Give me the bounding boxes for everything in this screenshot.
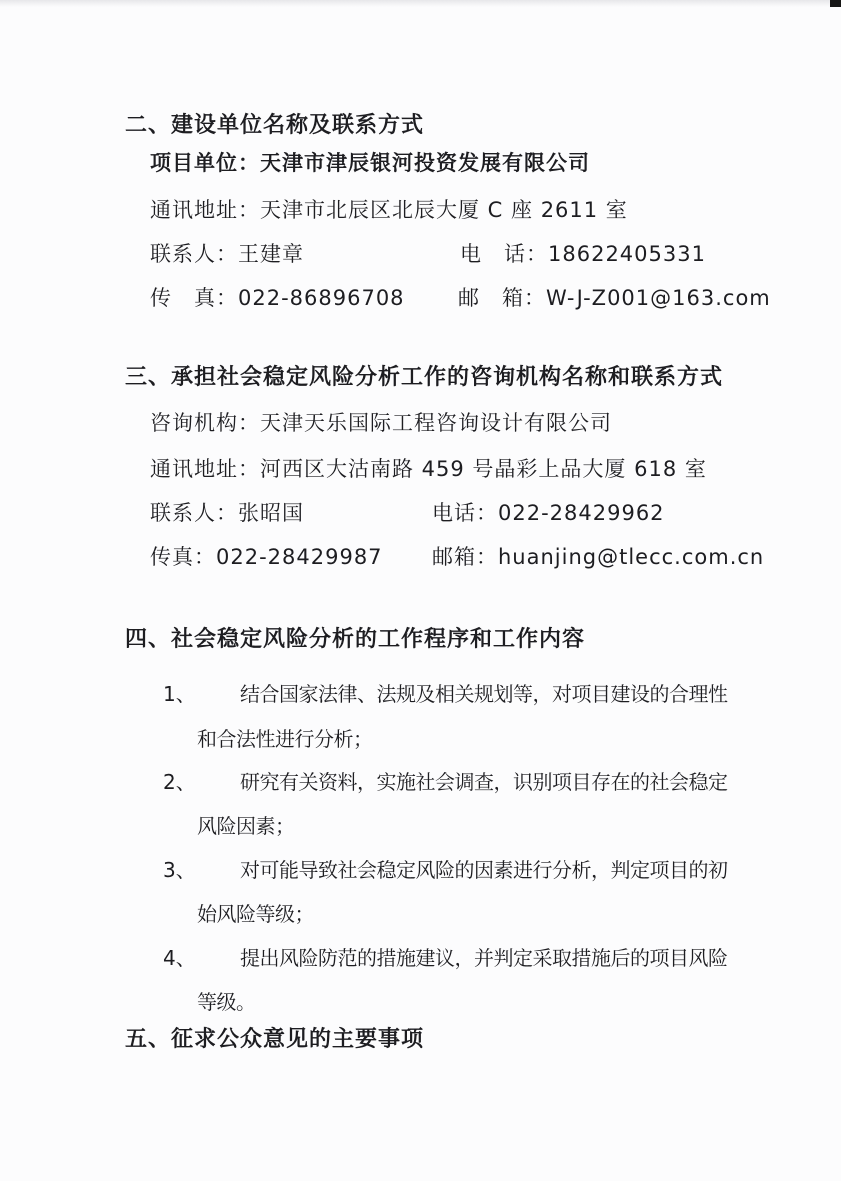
project-unit-label: 项目单位： xyxy=(150,151,260,175)
agency-contact-label: 联系人： xyxy=(150,501,238,525)
project-unit-row: 项目单位：天津市津辰银河投资发展有限公司 xyxy=(150,150,590,176)
agency-address-label: 通讯地址： xyxy=(150,457,260,481)
agency-phone-row: 电话：022-28429962 xyxy=(432,500,665,526)
builder-phone-label: 电 话： xyxy=(460,242,548,266)
builder-contact-value: 王建章 xyxy=(238,242,304,266)
builder-address-value: 天津市北辰区北辰大厦 C 座 2611 室 xyxy=(260,198,628,222)
builder-fax-value: 022-86896708 xyxy=(238,286,405,310)
agency-phone-label: 电话： xyxy=(432,501,498,525)
agency-email-value: huanjing@tlecc.com.cn xyxy=(498,545,764,569)
builder-fax-label: 传 真： xyxy=(150,286,238,310)
builder-contact-row: 联系人：王建章 xyxy=(150,241,304,267)
builder-email-value: W-J-Z001@163.com xyxy=(546,286,771,310)
agency-label: 咨询机构： xyxy=(150,411,260,435)
list-item-2-number: 2、 xyxy=(163,766,196,795)
section-5-heading: 五、征求公众意见的主要事项 xyxy=(125,1026,424,1054)
agency-fax-row: 传真：022-28429987 xyxy=(150,544,383,570)
agency-address-row: 通讯地址：河西区大沽南路 459 号晶彩上品大厦 618 室 xyxy=(150,456,707,482)
builder-phone-value: 18622405331 xyxy=(548,242,706,266)
list-item-4-line-2: 等级。 xyxy=(197,986,256,1015)
list-item-1-number: 1、 xyxy=(163,678,196,707)
builder-contact-label: 联系人： xyxy=(150,242,238,266)
list-item-2-line-2: 风险因素； xyxy=(197,810,295,839)
agency-contact-row: 联系人：张昭国 xyxy=(150,500,304,526)
list-item-4-line-1: 提出风险防范的措施建议，并判定采取措施后的项目风险 xyxy=(240,942,728,971)
builder-phone-row: 电 话：18622405331 xyxy=(460,241,706,267)
section-4-heading: 四、社会稳定风险分析的工作程序和工作内容 xyxy=(125,626,585,654)
builder-address-label: 通讯地址： xyxy=(150,198,260,222)
scan-edge-artifact xyxy=(0,0,841,7)
agency-value: 天津天乐国际工程咨询设计有限公司 xyxy=(260,411,612,435)
agency-contact-value: 张昭国 xyxy=(238,501,304,525)
list-item-1-line-2: 和合法性进行分析； xyxy=(197,723,373,752)
list-item-3-line-2: 始风险等级； xyxy=(197,898,314,927)
builder-fax-row: 传 真：022-86896708 xyxy=(150,285,405,311)
agency-fax-value: 022-28429987 xyxy=(216,545,383,569)
agency-address-value: 河西区大沽南路 459 号晶彩上品大厦 618 室 xyxy=(260,457,707,481)
list-item-1-line-1: 结合国家法律、法规及相关规划等，对项目建设的合理性 xyxy=(240,678,728,707)
agency-phone-value: 022-28429962 xyxy=(498,501,665,525)
agency-email-label: 邮箱： xyxy=(432,545,498,569)
scan-corner-mark xyxy=(830,0,841,7)
document-page: 二、建设单位名称及联系方式 项目单位：天津市津辰银河投资发展有限公司 通讯地址：… xyxy=(0,0,841,1181)
agency-fax-label: 传真： xyxy=(150,545,216,569)
list-item-2-line-1: 研究有关资料，实施社会调查，识别项目存在的社会稳定 xyxy=(240,766,728,795)
agency-row: 咨询机构：天津天乐国际工程咨询设计有限公司 xyxy=(150,410,612,436)
list-item-3-number: 3、 xyxy=(163,854,196,883)
section-2-heading: 二、建设单位名称及联系方式 xyxy=(125,112,424,140)
section-3-heading: 三、承担社会稳定风险分析工作的咨询机构名称和联系方式 xyxy=(125,364,723,392)
project-unit-value: 天津市津辰银河投资发展有限公司 xyxy=(260,151,590,175)
builder-email-row: 邮 箱：W-J-Z001@163.com xyxy=(458,285,771,311)
list-item-3-line-1: 对可能导致社会稳定风险的因素进行分析，判定项目的初 xyxy=(240,854,728,883)
list-item-4-number: 4、 xyxy=(163,942,196,971)
builder-email-label: 邮 箱： xyxy=(458,286,546,310)
agency-email-row: 邮箱：huanjing@tlecc.com.cn xyxy=(432,544,764,570)
builder-address-row: 通讯地址：天津市北辰区北辰大厦 C 座 2611 室 xyxy=(150,197,628,223)
